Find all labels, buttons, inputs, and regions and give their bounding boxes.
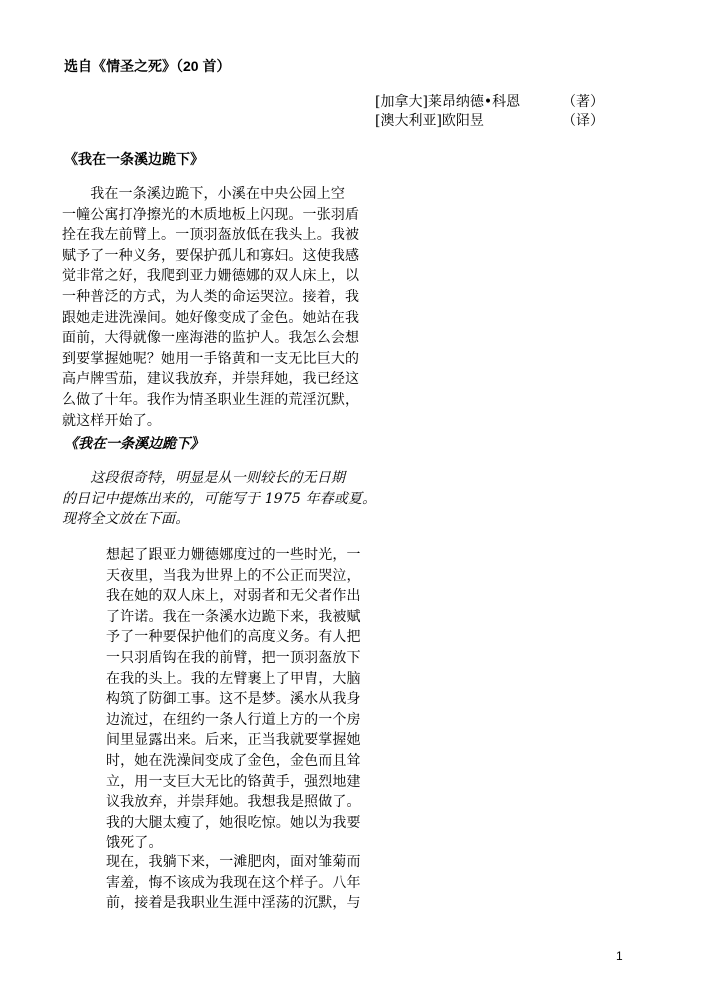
quote-line: 现在，我躺下来，一滩肥肉，面对雏菊而 — [106, 852, 361, 873]
credit-author: [加拿大]莱昂纳德•科恩 （著） — [375, 93, 604, 112]
author-role: （著） — [562, 93, 604, 112]
quote-line: 饿死了。 — [106, 833, 361, 854]
quote-line: 在我的头上。我的左臂裹上了甲胄，大脑 — [106, 669, 361, 690]
translator-role: （译） — [562, 112, 604, 131]
quote-line: 时，她在洗澡间变成了金色，金色而且耸 — [106, 751, 361, 772]
poem-line: 跟她走进洗澡间。她好像变成了金色。她站在我 — [62, 308, 359, 329]
poem-line: 高卢牌雪茄，建议我放弃，并崇拜她，我已经这 — [62, 369, 359, 390]
poem-line: 么做了十年。我作为情圣职业生涯的荒淫沉默， — [62, 390, 359, 411]
quote-line: 天夜里，当我为世界上的不公正而哭泣， — [106, 566, 361, 587]
quote-line: 我的大腿太瘦了，她很吃惊。她以为我要 — [106, 813, 361, 834]
commentary-intro: 这段很奇特，明显是从一则较长的无日期 的日记中提炼出来的，可能写于 1975 年… — [62, 468, 376, 530]
poem-line: 拴在我左前臂上。一顶羽盔放低在我头上。我被 — [62, 225, 359, 246]
poem-line: 我在一条溪边跪下，小溪在中央公园上空 — [62, 184, 359, 205]
translator-name: [澳大利亚]欧阳昱 — [375, 112, 562, 131]
poem-line: 觉非常之好，我爬到亚力姗德娜的双人床上，以 — [62, 266, 359, 287]
quote-line: 我在她的双人床上，对弱者和无父者作出 — [106, 586, 361, 607]
quote-line: 予了一种要保护他们的高度义务。有人把 — [106, 627, 361, 648]
quote-line: 立，用一支巨大无比的铬黄手，强烈地建 — [106, 772, 361, 793]
commentary-line: 这段很奇特，明显是从一则较长的无日期 — [62, 468, 376, 489]
quoted-passage-2: 现在，我躺下来，一滩肥肉，面对雏菊而 害羞，悔不该成为我现在这个样子。八年 前，… — [106, 852, 361, 914]
quote-line: 间里显露出来。后来，正当我就要掌握她 — [106, 730, 361, 751]
quote-line: 害羞，悔不该成为我现在这个样子。八年 — [106, 873, 361, 894]
quote-line: 边流过，在纽约一条人行道上方的一个房 — [106, 710, 361, 731]
commentary-line: 现将全文放在下面。 — [62, 509, 376, 530]
poem-line: 一种普泛的方式，为人类的命运哭泣。接着，我 — [62, 287, 359, 308]
quote-line: 构筑了防御工事。这不是梦。溪水从我身 — [106, 689, 361, 710]
poem-title: 《我在一条溪边跪下》 — [64, 150, 204, 168]
poem-line: 一幢公寓打净擦光的木质地板上闪现。一张羽盾 — [62, 205, 359, 226]
poem-line: 赋予了一种义务，要保护孤儿和寡妇。这使我感 — [62, 246, 359, 267]
quote-line: 了许诺。我在一条溪水边跪下来，我被赋 — [106, 607, 361, 628]
quote-line: 想起了跟亚力姗德娜度过的一些时光，一 — [106, 545, 361, 566]
credits-block: [加拿大]莱昂纳德•科恩 （著） [澳大利亚]欧阳昱 （译） — [375, 93, 604, 131]
credit-translator: [澳大利亚]欧阳昱 （译） — [375, 112, 604, 131]
poem-line: 到要掌握她呢？她用一手铬黄和一支无比巨大的 — [62, 349, 359, 370]
commentary-line: 的日记中提炼出来的，可能写于 1975 年春或夏。 — [62, 489, 376, 510]
poem-line: 面前，大得就像一座海港的监护人。我怎么会想 — [62, 328, 359, 349]
collection-heading: 选自《情圣之死》（20 首） — [64, 57, 230, 75]
quote-line: 前，接着是我职业生涯中淫荡的沉默，与 — [106, 893, 361, 914]
author-name: [加拿大]莱昂纳德•科恩 — [375, 93, 562, 112]
quote-line: 一只羽盾钩在我的前臂，把一顶羽盔放下 — [106, 648, 361, 669]
commentary-title: 《我在一条溪边跪下》 — [64, 434, 204, 452]
page-number: 1 — [616, 949, 623, 963]
poem-body: 我在一条溪边跪下，小溪在中央公园上空 一幢公寓打净擦光的木质地板上闪现。一张羽盾… — [62, 184, 359, 431]
quoted-passage-1: 想起了跟亚力姗德娜度过的一些时光，一 天夜里，当我为世界上的不公正而哭泣， 我在… — [106, 545, 361, 854]
poem-line: 就这样开始了。 — [62, 411, 359, 432]
quote-line: 议我放弃，并崇拜她。我想我是照做了。 — [106, 792, 361, 813]
